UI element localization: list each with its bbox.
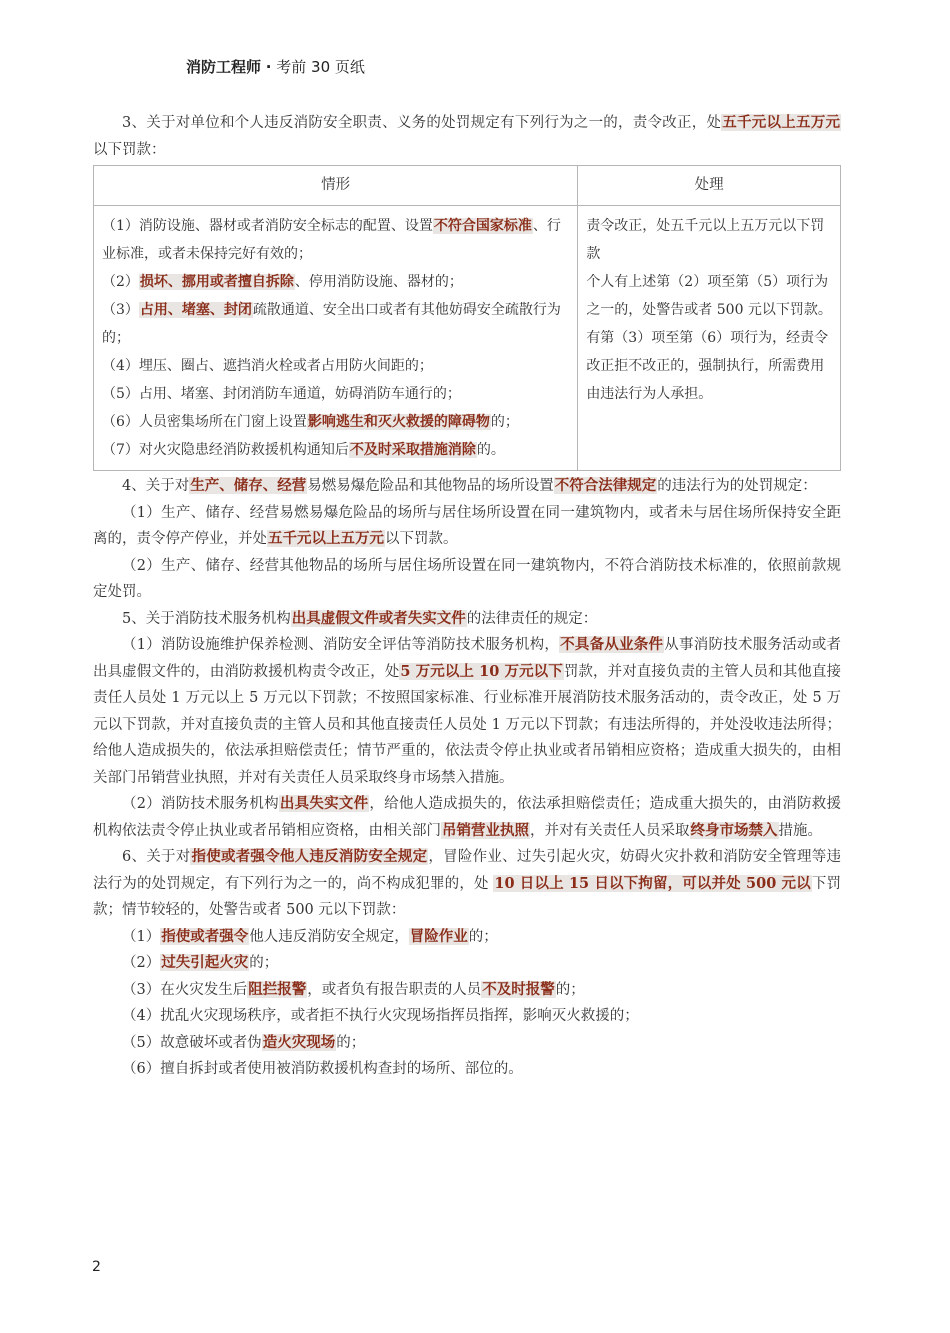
section-5-item-1: （1）消防设施维护保养检测、消防安全评估等消防技术服务机构，不具备从业条件从事消… — [93, 632, 841, 791]
highlight: 五千元以上五万元 — [721, 114, 841, 131]
page-content: 3、关于对单位和个人违反消防安全职责、义务的处罚规定有下列行为之一的，责令改正，… — [93, 110, 841, 1083]
page-number: 2 — [92, 1259, 101, 1275]
situation-item: （6）人员密集场所在门窗上设置影响逃生和灭火救援的障碍物的； — [102, 408, 569, 436]
header-title: 消防工程师 — [186, 58, 261, 76]
situation-item: （1）消防设施、器材或者消防安全标志的配置、设置不符合国家标准、行业标准，或者未… — [102, 212, 569, 268]
section-6-item: （6）擅自拆封或者使用被消防救援机构查封的场所、部位的。 — [93, 1056, 841, 1083]
handling-item: 责令改正，处五千元以上五万元以下罚款 — [586, 212, 832, 268]
section-6-item: （3）在火灾发生后阻拦报警，或者负有报告职责的人员不及时报警的； — [93, 977, 841, 1004]
section-3-intro: 3、关于对单位和个人违反消防安全职责、义务的处罚规定有下列行为之一的，责令改正，… — [93, 110, 841, 163]
situation-item: （3）占用、堵塞、封闭疏散通道、安全出口或者有其他妨碍安全疏散行为的； — [102, 296, 569, 352]
handling-cell: 责令改正，处五千元以上五万元以下罚款 个人有上述第（2）项至第（5）项行为之一的… — [578, 206, 841, 471]
section-6-item: （2）过失引起火灾的； — [93, 950, 841, 977]
section-4-item-2: （2）生产、储存、经营其他物品的场所与居住场所设置在同一建筑物内，不符合消防技术… — [93, 553, 841, 606]
section-6-item: （4）扰乱火灾现场秩序，或者拒不执行火灾现场指挥员指挥，影响灭火救援的； — [93, 1003, 841, 1030]
section-5-intro: 5、关于消防技术服务机构出具虚假文件或者失实文件的法律责任的规定： — [93, 606, 841, 633]
header-separator: · — [266, 58, 272, 76]
penalty-table: 情形 处理 （1）消防设施、器材或者消防安全标志的配置、设置不符合国家标准、行业… — [93, 165, 841, 471]
handling-item: 个人有上述第（2）项至第（5）项行为之一的，处警告或者 500 元以下罚款。 — [586, 268, 832, 324]
situation-item: （4）埋压、圈占、遮挡消火栓或者占用防火间距的； — [102, 352, 569, 380]
running-header: 消防工程师 · 考前 30 页纸 — [186, 56, 365, 77]
section-4-item-1: （1）生产、储存、经营易燃易爆危险品的场所与居住场所设置在同一建筑物内，或者未与… — [93, 500, 841, 553]
section-6-item: （5）故意破坏或者伪造火灾现场的； — [93, 1030, 841, 1057]
section-5-item-2: （2）消防技术服务机构出具失实文件，给他人造成损失的，依法承担赔偿责任；造成重大… — [93, 791, 841, 844]
situation-cell: （1）消防设施、器材或者消防安全标志的配置、设置不符合国家标准、行业标准，或者未… — [94, 206, 578, 471]
situation-item: （5）占用、堵塞、封闭消防车通道，妨碍消防车通行的； — [102, 380, 569, 408]
section-6-item: （1）指使或者强令他人违反消防安全规定，冒险作业的； — [93, 924, 841, 951]
section-4-intro: 4、关于对生产、储存、经营易燃易爆危险品和其他物品的场所设置不符合法律规定的违法… — [93, 473, 841, 500]
situation-item: （7）对火灾隐患经消防救援机构通知后不及时采取措施消除的。 — [102, 436, 569, 464]
header-subtitle: 考前 30 页纸 — [276, 58, 365, 76]
table-header-handling: 处理 — [578, 166, 841, 206]
section-6-intro: 6、关于对指使或者强令他人违反消防安全规定，冒险作业、过失引起火灾，妨碍火灾扑救… — [93, 844, 841, 924]
handling-item: 有第（3）项至第（6）项行为，经责令改正拒不改正的，强制执行，所需费用由违法行为… — [586, 324, 832, 408]
table-header-situation: 情形 — [94, 166, 578, 206]
situation-item: （2）损坏、挪用或者擅自拆除、停用消防设施、器材的； — [102, 268, 569, 296]
